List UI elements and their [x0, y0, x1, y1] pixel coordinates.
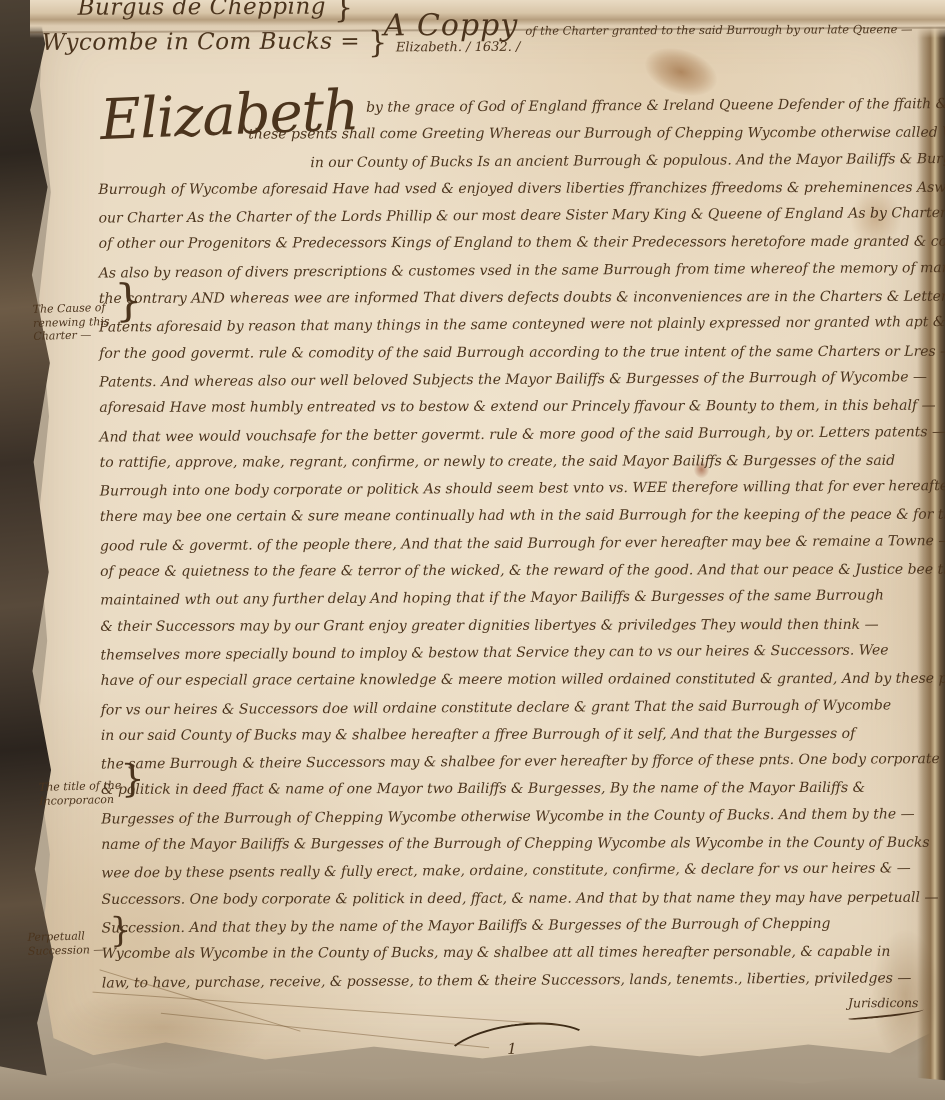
- manuscript-line: name of the Mayor Bailiffs & Burgesses o…: [101, 830, 943, 860]
- charter-body: Elizabeth by the grace of God of England…: [98, 92, 944, 996]
- brace-mark: }: [334, 0, 354, 26]
- manuscript-line: in our said County of Bucks may & shalbe…: [101, 721, 943, 751]
- manuscript-line: & their Successors may by our Grant enjo…: [100, 611, 942, 641]
- manuscript-line: aforesaid Have most humbly entreated vs …: [99, 393, 941, 423]
- manuscript-line: good rule & govermt. of the people there…: [100, 528, 942, 561]
- manuscript-line: Burgesses of the Burrough of Chepping Wy…: [101, 801, 943, 834]
- brace-mark: }: [120, 772, 145, 786]
- margin-note-text: The Cause of renewing this Charter —: [33, 301, 110, 343]
- margin-note-text: The title of the Incorporacon: [39, 779, 122, 808]
- manuscript-content: Burgus de Chepping} Wycombe in Com Bucks…: [0, 0, 945, 1100]
- manuscript-line: these psents shall come Greeting Whereas…: [98, 120, 940, 150]
- docket-line-1: Burgus de Chepping}: [42, 0, 388, 27]
- manuscript-line: for the good govermt. rule & comodity of…: [99, 338, 941, 368]
- manuscript-line: for vs our heires & Successors doe will …: [101, 692, 943, 725]
- manuscript-line: And that wee would vouchsafe for the bet…: [99, 419, 941, 452]
- margin-note-succession: Perpetuall Succession — }: [27, 929, 118, 958]
- docket-title: Burgus de Chepping} Wycombe in Com Bucks…: [42, 0, 388, 62]
- docket-text-2: Wycombe in Com Bucks =: [42, 28, 360, 55]
- manuscript-line: to rattifie, approve, make, regrant, con…: [100, 448, 942, 478]
- page-number-flourish: [439, 1014, 600, 1095]
- copy-heading-rest: of the Charter granted to the said Burro…: [525, 22, 912, 38]
- brace-mark: }: [114, 294, 142, 308]
- manuscript-line: have of our especiall grace certaine kno…: [101, 666, 943, 696]
- catchword-text: Jurisdicons: [848, 995, 919, 1010]
- copy-heading-date: Elizabeth. / 1632. /: [396, 38, 913, 55]
- catchword: Jurisdicons: [848, 995, 924, 1017]
- docket-line-2: Wycombe in Com Bucks =}: [42, 25, 388, 62]
- manuscript-line: the contrary AND whereas wee are informe…: [99, 284, 941, 314]
- docket-text-1: Burgus de Chepping: [78, 0, 326, 21]
- margin-note-incorporation: The title of the Incorporacon }: [39, 779, 130, 808]
- manuscript-line: Successors. One body corporate & politic…: [101, 884, 943, 914]
- manuscript-line: there may bee one certain & sure meane c…: [100, 502, 942, 532]
- manuscript-line: Wycombe als Wycombe in the County of Buc…: [102, 939, 944, 969]
- manuscript-line: law, to have, purchase, receive, & posse…: [102, 965, 944, 998]
- page-number: 1: [507, 1040, 517, 1058]
- manuscript-photo: Burgus de Chepping} Wycombe in Com Bucks…: [0, 0, 945, 1100]
- manuscript-line: Burrough of Wycombe aforesaid Have had v…: [98, 175, 940, 205]
- manuscript-line: themselves more specially bound to implo…: [100, 637, 942, 670]
- copy-heading-lead: A Coppy: [384, 8, 519, 44]
- manuscript-line: Patents aforesaid by reason that many th…: [99, 309, 941, 342]
- manuscript-line: As also by reason of divers prescription…: [99, 255, 941, 288]
- manuscript-line: in our County of Bucks Is an ancient Bur…: [98, 146, 940, 179]
- margin-note-text: Perpetuall Succession —: [27, 929, 104, 957]
- copy-heading: A Coppyof the Charter granted to the sai…: [384, 6, 913, 55]
- manuscript-line: by the grace of God of England ffrance &…: [98, 91, 940, 124]
- brace-mark: }: [110, 924, 132, 938]
- manuscript-lines: by the grace of God of England ffrance &…: [98, 92, 944, 996]
- margin-note-cause: The Cause of renewing this Charter — }: [33, 301, 124, 344]
- manuscript-line: of other our Progenitors & Predecessors …: [99, 229, 941, 259]
- manuscript-line: of peace & quietness to the feare & terr…: [100, 557, 942, 587]
- manuscript-line: wee doe by these psents really & fully e…: [101, 855, 943, 888]
- manuscript-line: & politick in deed ffact & name of one M…: [101, 775, 943, 805]
- manuscript-line: Succession. And that they by the name of…: [102, 910, 944, 943]
- manuscript-line: Patents. And whereas also our well belov…: [99, 364, 941, 397]
- manuscript-line: maintained wth out any further delay And…: [100, 582, 942, 615]
